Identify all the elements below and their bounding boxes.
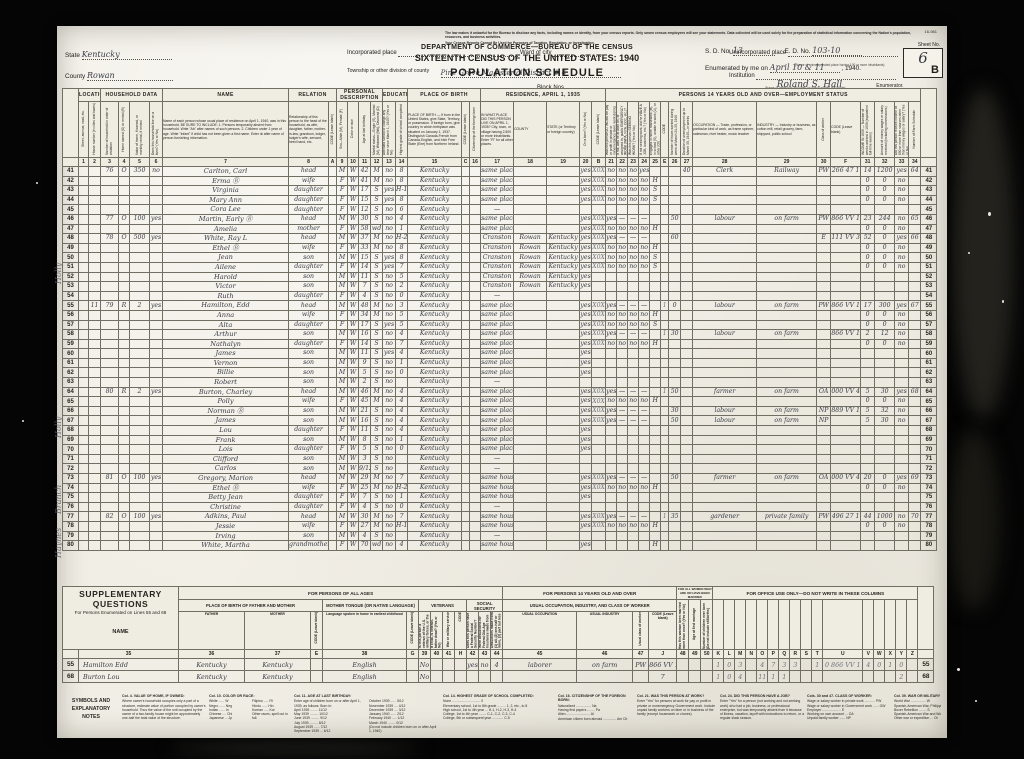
- cell-cf: [831, 378, 861, 388]
- cell-cb: X0X: [592, 167, 606, 177]
- cell-cb: [592, 368, 606, 378]
- cell-wg: [875, 291, 895, 301]
- cell-ce: [661, 186, 669, 196]
- cell-own: R: [119, 387, 130, 397]
- sheet-number-box: Sheet No. 6 B: [903, 48, 943, 78]
- column-number: Q: [779, 650, 790, 659]
- cell-gr: 8: [396, 176, 408, 186]
- cell-st: [79, 512, 89, 522]
- cell-cit: [470, 195, 481, 205]
- cell-e2: —: [617, 406, 628, 416]
- table-row: 45Cora LeedaughterFW12Sno6Kentucky—45: [63, 205, 937, 215]
- cell-oi: no: [895, 406, 909, 416]
- cell-mar: S: [371, 214, 383, 224]
- cell-wk: 0: [861, 224, 875, 234]
- cell-f6: [150, 176, 163, 186]
- cell-e1: no: [606, 195, 617, 205]
- cell-name: Billie: [163, 368, 289, 378]
- cell-occ: [693, 464, 757, 474]
- cell-hrs: [669, 205, 681, 215]
- cell-f20: [580, 464, 592, 474]
- cell-val: [130, 521, 150, 531]
- cell-val: [130, 368, 150, 378]
- cell-wg: [875, 426, 895, 436]
- supplementary-banner-row: SUPPLEMENTARY QUESTIONSFor Persons Enume…: [63, 587, 934, 600]
- cell-cw: [817, 454, 831, 464]
- cell-occ: farmer: [693, 474, 757, 484]
- cell-ln: 49: [63, 243, 79, 253]
- cell-own: [119, 253, 130, 263]
- cell-occ: [693, 349, 757, 359]
- cell-cit: [470, 349, 481, 359]
- cell-fs: 68: [909, 387, 921, 397]
- cell-dur: [681, 234, 693, 244]
- cell-rel: daughter: [289, 186, 329, 196]
- cell-e5: H: [650, 521, 661, 531]
- cell-oi: no: [895, 253, 909, 263]
- cell-hh: [101, 291, 119, 301]
- cell-bp: Kentucky: [408, 167, 462, 177]
- cell-gr: 0: [396, 502, 408, 512]
- cell-lnr: 56: [921, 310, 937, 320]
- cell-e1: [606, 282, 617, 292]
- cell-f20: yes: [580, 339, 592, 349]
- cell-rel: daughter: [289, 502, 329, 512]
- cell-cw: [817, 339, 831, 349]
- cell-f6: [150, 531, 163, 541]
- census-sheet: 16-981 The law makes it unlawful for the…: [57, 26, 947, 738]
- cell-e3: [628, 291, 639, 301]
- cell-hh: [101, 454, 119, 464]
- cell-mar: S: [371, 454, 383, 464]
- cell-oi: [895, 205, 909, 215]
- cell-ind: [757, 531, 817, 541]
- cell-cf: [831, 282, 861, 292]
- table-row: 56AnnawifeFW34Mno5Kentuckysame placeyesX…: [63, 310, 937, 320]
- cell-e4: —: [639, 214, 650, 224]
- cell-lnr: 59: [921, 339, 937, 349]
- cell-oi: no: [895, 339, 909, 349]
- column-number: N: [746, 650, 757, 659]
- cell-cf: [831, 291, 861, 301]
- cell-cf: [831, 320, 861, 330]
- cell-val: [130, 205, 150, 215]
- cell-f20: yes: [580, 301, 592, 311]
- office-use-column: [779, 600, 790, 650]
- cell-dur: [681, 339, 693, 349]
- office-use-column: [801, 600, 812, 650]
- cell-e3: no: [628, 253, 639, 263]
- cell-name: Ethel Ⓑ: [163, 243, 289, 253]
- cell-e4: —: [639, 416, 650, 426]
- cell-e4: [639, 368, 650, 378]
- cell-city: same house: [481, 493, 514, 503]
- column-header: INCOME IN 1939 — Number of weeks worked …: [861, 102, 875, 158]
- cell-mar: S: [371, 426, 383, 436]
- cell-race: W: [348, 531, 359, 541]
- cell-cf: 496 27 1: [831, 512, 861, 522]
- sd-label: S. D. No.: [705, 48, 731, 55]
- cell-st: [79, 167, 89, 177]
- cell-hh: 79: [101, 301, 119, 311]
- cell-cb: [592, 205, 606, 215]
- cell-rel: son: [289, 349, 329, 359]
- cell-cty: [514, 474, 547, 484]
- cell-e4: —: [639, 387, 650, 397]
- cell-sex: M: [337, 253, 348, 263]
- cell-cw: [817, 349, 831, 359]
- cell-hrs: [669, 262, 681, 272]
- cell-ln: 59: [63, 339, 79, 349]
- cell-e3: [628, 454, 639, 464]
- cell-e1: [606, 205, 617, 215]
- cell-dur: [681, 387, 693, 397]
- cell-f6: [150, 368, 163, 378]
- cell-fs: [909, 272, 921, 282]
- cell-rel: daughter: [289, 426, 329, 436]
- column-header: Duration of unemployment up to March 30,…: [681, 102, 693, 158]
- cell-gr: 5: [396, 310, 408, 320]
- cell-cc: [462, 378, 470, 388]
- cell-oi: [895, 464, 909, 474]
- cell-race: W: [348, 493, 359, 503]
- cell-ce: [661, 454, 669, 464]
- cell-cty: [514, 426, 547, 436]
- office-use-column: [746, 600, 757, 650]
- cell-e4: [639, 493, 650, 503]
- cell-e5: H: [650, 243, 661, 253]
- cell-ind: [757, 176, 817, 186]
- cell-e3: [628, 368, 639, 378]
- cell-bp: Kentucky: [408, 416, 462, 426]
- cell-mar: M: [371, 310, 383, 320]
- cell-mother: Kentucky: [245, 671, 311, 683]
- cell-hrs: [669, 378, 681, 388]
- cell-ce: [661, 416, 669, 426]
- cell-gr: [396, 454, 408, 464]
- cell-p: 7: [768, 659, 779, 671]
- cell-val: [130, 358, 150, 368]
- table-row: 52HaroldsonMW11Sno5KentuckyCranstonRowan…: [63, 272, 937, 282]
- cell-occ: [693, 493, 757, 503]
- cell-f20: yes: [580, 406, 592, 416]
- cell-f20: yes: [580, 330, 592, 340]
- cell-own: [119, 339, 130, 349]
- column-header: Color or race: [348, 102, 359, 158]
- cell-age: 29: [359, 474, 371, 484]
- cell-city: —: [481, 454, 514, 464]
- cell-wk: 52: [861, 234, 875, 244]
- cell-f6: [150, 454, 163, 464]
- cell-val: [130, 493, 150, 503]
- cell-fs: [909, 368, 921, 378]
- cell-e2: no: [617, 262, 628, 272]
- cell-hrs: [669, 502, 681, 512]
- cell-oi: [895, 493, 909, 503]
- cell-cw: [817, 493, 831, 503]
- cell-ind: [757, 339, 817, 349]
- cell-city: Cranston: [481, 253, 514, 263]
- cell-ind: [757, 282, 817, 292]
- cell-stt: [547, 483, 580, 493]
- cell-cc: [462, 416, 470, 426]
- cell-cc: [462, 272, 470, 282]
- cell-rel: son: [289, 454, 329, 464]
- cell-cty: [514, 454, 547, 464]
- group-header: EDUCATION: [383, 89, 408, 102]
- cell-wg: 30: [875, 387, 895, 397]
- cell-name: Norman Ⓑ: [163, 406, 289, 416]
- supplementary-group-header: VETERANS: [419, 600, 467, 612]
- cell-city: same place: [481, 406, 514, 416]
- cell-dur: [681, 186, 693, 196]
- cell-hh: [101, 224, 119, 234]
- cell-age: 41: [359, 176, 371, 186]
- cell-cit: [470, 541, 481, 551]
- cell-dur: [681, 464, 693, 474]
- cell-mar: M: [371, 234, 383, 244]
- cell-e4: [639, 349, 650, 359]
- cell-dur: [681, 205, 693, 215]
- cell-oi: no: [895, 397, 909, 407]
- cell-ind: [757, 291, 817, 301]
- cell-wk: 0: [861, 320, 875, 330]
- cell-e2: —: [617, 330, 628, 340]
- cell-e2: [617, 349, 628, 359]
- confidentiality-notice: The law makes it unlawful for the Bureau…: [445, 31, 915, 45]
- cell-stt: [547, 291, 580, 301]
- cell-lnr: 70: [921, 445, 937, 455]
- cell-hrs: [669, 483, 681, 493]
- cell-f20: yes: [580, 243, 592, 253]
- table-row: 58ArthursonMW16Sno4Kentuckysame placeyes…: [63, 330, 937, 340]
- cell-cf: 000 VV 4: [831, 474, 861, 484]
- cell-own: [119, 243, 130, 253]
- cell-name: Clifford: [163, 454, 289, 464]
- cell-ind: Railway: [757, 167, 817, 177]
- cell-gr: [396, 531, 408, 541]
- cell-own: [119, 406, 130, 416]
- cell-st: [79, 397, 89, 407]
- cell-e3: —: [628, 214, 639, 224]
- cell-sex: M: [337, 234, 348, 244]
- cell-l: 0: [724, 671, 735, 683]
- office-use-column: [735, 600, 746, 650]
- cell-e4: [639, 358, 650, 368]
- cell-occ: [693, 224, 757, 234]
- cell-sex: M: [337, 474, 348, 484]
- cell-race: W: [348, 349, 359, 359]
- cell-age: 7: [359, 493, 371, 503]
- cell-hrs: [669, 454, 681, 464]
- film-blob: [170, 742, 420, 752]
- cell-age: 5: [359, 445, 371, 455]
- column-number: 5: [130, 158, 150, 167]
- cell-ce: [661, 541, 669, 551]
- cell-age: 4: [359, 291, 371, 301]
- cell-f6: [150, 502, 163, 512]
- cell-st: [79, 464, 89, 474]
- cell-mar: S: [371, 291, 383, 301]
- cell-ln: 54: [63, 291, 79, 301]
- cell-e5: [650, 445, 661, 455]
- cell-ce: [661, 320, 669, 330]
- margin-handwriting: Branch: [54, 485, 63, 514]
- cell-cw: [817, 378, 831, 388]
- cell-cb: X0X: [592, 474, 606, 484]
- cell-bp: Kentucky: [408, 301, 462, 311]
- cell-cty: [514, 378, 547, 388]
- cell-bp: Kentucky: [408, 474, 462, 484]
- cell-lnr: 51: [921, 262, 937, 272]
- cell-hh: 81: [101, 474, 119, 484]
- cell-race: W: [348, 512, 359, 522]
- cell-st: [79, 531, 89, 541]
- column-number: 44: [491, 650, 503, 659]
- cell-e4: —: [639, 234, 650, 244]
- cell-cty: [514, 493, 547, 503]
- column-number-row: 12345678A9101112131415C1617181920B212223…: [63, 158, 937, 167]
- cell-occ: laborer: [503, 659, 577, 671]
- cell-cc: [462, 282, 470, 292]
- cell-city: same house: [481, 521, 514, 531]
- cell-cw: E: [817, 234, 831, 244]
- cell-cty: Rowan: [514, 272, 547, 282]
- cell-lnr: 55: [921, 301, 937, 311]
- form-number: 16-981: [925, 29, 937, 34]
- cell-f6: [150, 243, 163, 253]
- cell-f20: yes: [580, 310, 592, 320]
- cell-rel: son: [289, 531, 329, 541]
- notes-block: Col. 16. CITIZENSHIP OF THE FOREIGN BORN…: [558, 694, 634, 736]
- cell-hrs: [669, 243, 681, 253]
- cell-hh: [101, 502, 119, 512]
- cell-e2: —: [617, 474, 628, 484]
- cell-city: same place: [481, 339, 514, 349]
- cell-hrs: [669, 320, 681, 330]
- cell-sex: M: [337, 368, 348, 378]
- cell-s2: [479, 671, 491, 683]
- cell-e1: yes: [606, 512, 617, 522]
- cell-ln: 43: [63, 186, 79, 196]
- supplementary-group-header: USUAL OCCUPATION, INDUSTRY, AND CLASS OF…: [503, 600, 677, 612]
- cell-cw: PW: [817, 512, 831, 522]
- supplementary-column-header: CODE: [455, 612, 467, 650]
- cell-own: [119, 483, 130, 493]
- cell-cf: [831, 426, 861, 436]
- cell-e1: no: [606, 224, 617, 234]
- table-row: 60JamessonMW11Syes4Kentuckysame placeyes…: [63, 349, 937, 359]
- cell-cf: [831, 176, 861, 186]
- cell-sch: no: [383, 454, 396, 464]
- cell-hrs: 30: [669, 406, 681, 416]
- cell-hh: [101, 445, 119, 455]
- cell-e4: —: [639, 512, 650, 522]
- cell-bp: Kentucky: [408, 368, 462, 378]
- cell-dur: [681, 445, 693, 455]
- cell-sch: yes: [383, 253, 396, 263]
- cell-e1: yes: [606, 234, 617, 244]
- cell-cit: [470, 205, 481, 215]
- cell-hh: [101, 339, 119, 349]
- column-number: L: [724, 650, 735, 659]
- cell-val: [130, 454, 150, 464]
- office-use-column: [885, 600, 896, 650]
- cell-wg: [875, 541, 895, 551]
- column-header: Street, avenue, road, etc.: [79, 102, 89, 158]
- cell-stt: [547, 176, 580, 186]
- cell-val: [130, 416, 150, 426]
- cell-hn: [89, 195, 101, 205]
- cell-cf: [831, 502, 861, 512]
- cell-race: W: [348, 426, 359, 436]
- cell-cit: [470, 406, 481, 416]
- cell-cit: [470, 531, 481, 541]
- cell-rel: son: [289, 406, 329, 416]
- cell-cit: [470, 272, 481, 282]
- notes-block: Col. 21. WAS THIS PERSON AT WORK?Enter "…: [637, 694, 717, 736]
- cell-age: 46: [359, 387, 371, 397]
- column-number: 46: [577, 650, 633, 659]
- cell-e4: [639, 378, 650, 388]
- cell-e2: —: [617, 214, 628, 224]
- supplementary-column-header: FATHER: [179, 612, 245, 650]
- cell-lnr: 75: [921, 493, 937, 503]
- cell-sex: F: [337, 445, 348, 455]
- notes-block: Col. 14. HIGHEST GRADE OF SCHOOL COMPLET…: [443, 694, 555, 736]
- cell-occ: [693, 262, 757, 272]
- cell-wg: [875, 435, 895, 445]
- cell-cc: [462, 502, 470, 512]
- cell-gr: 1: [396, 493, 408, 503]
- cell-e4: [639, 291, 650, 301]
- cell-wk: [861, 368, 875, 378]
- cell-f6: [150, 310, 163, 320]
- cell-dur: [681, 282, 693, 292]
- cell-lnr: 54: [921, 291, 937, 301]
- cell-lnr: 73: [921, 474, 937, 484]
- column-number: 1: [79, 158, 89, 167]
- cell-own: [119, 454, 130, 464]
- cell-e1: yes: [606, 330, 617, 340]
- cell-dur: [681, 521, 693, 531]
- cell-st: [79, 483, 89, 493]
- cell-st: [79, 416, 89, 426]
- cell-wg: 32: [875, 406, 895, 416]
- cell-bp: Kentucky: [408, 310, 462, 320]
- cell-f6: [150, 397, 163, 407]
- cell-city: same place: [481, 224, 514, 234]
- cell-stt: Kentucky: [547, 253, 580, 263]
- cell-occ: [693, 243, 757, 253]
- cell-cw: PW: [817, 214, 831, 224]
- cell-sex: F: [337, 310, 348, 320]
- cell-e4: [639, 272, 650, 282]
- cell-f6: [150, 435, 163, 445]
- column-number: 36: [179, 650, 245, 659]
- cell-dur: [681, 454, 693, 464]
- office-use-column: [863, 600, 874, 650]
- column-header: Did this person receive income of $50 or…: [895, 102, 909, 158]
- cell-fs: [909, 176, 921, 186]
- cell-e5: S: [650, 186, 661, 196]
- cell-father: Kentucky: [179, 671, 245, 683]
- cell-race: W: [348, 320, 359, 330]
- cell-hn: [89, 339, 101, 349]
- cell-city: same place: [481, 416, 514, 426]
- office-use-column: [757, 600, 768, 650]
- cell-st: [79, 205, 89, 215]
